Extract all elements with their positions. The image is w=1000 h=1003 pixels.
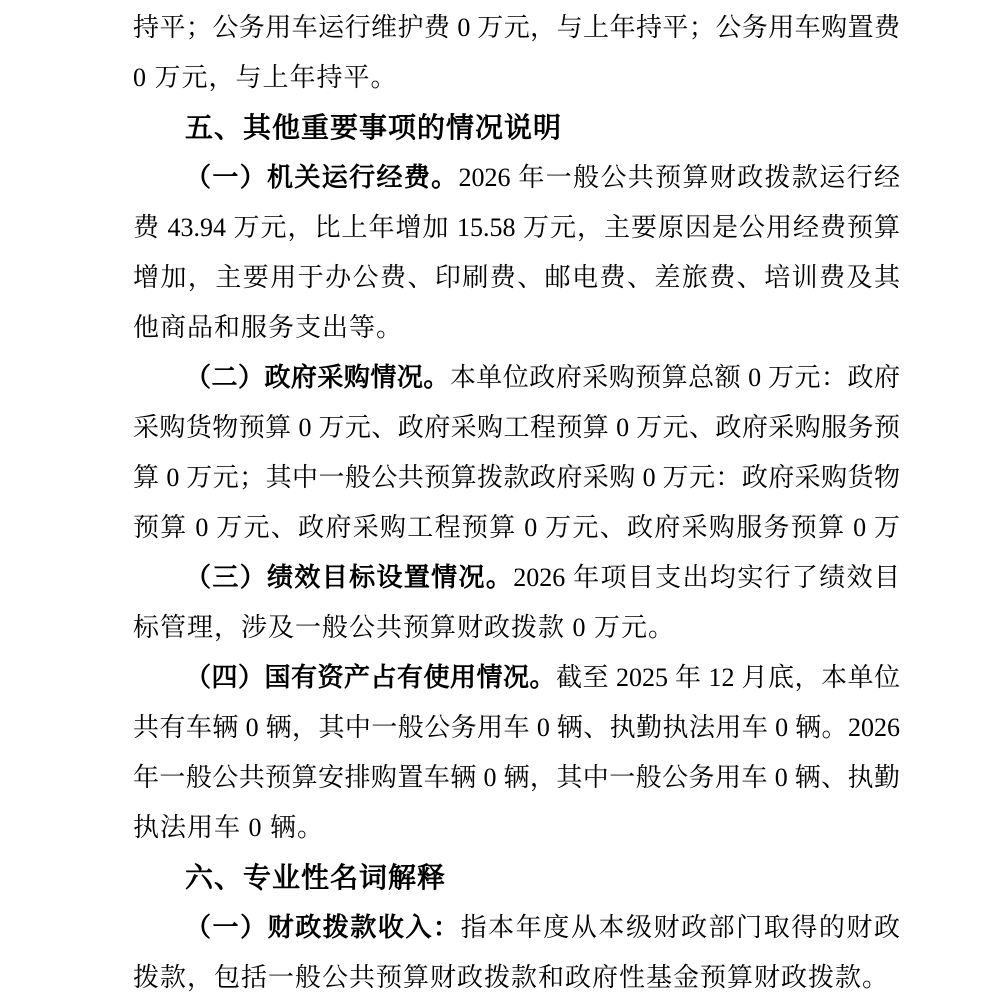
document-line: 费 43.94 万元，比上年增加 15.58 万元，主要原因是公用经费预算 xyxy=(133,203,900,253)
text-segment: 本单位政府采购预算总额 0 万元：政府 xyxy=(450,363,900,392)
text-segment: 标管理，涉及一般公共预算财政拨款 0 万元。 xyxy=(133,613,675,642)
text-segment: 0 万元，与上年持平。 xyxy=(133,63,398,92)
text-segment: 拨款，包括一般公共预算财政拨款和政府性基金预算财政拨款。 xyxy=(133,963,889,992)
text-segment: 增加，主要用于办公费、印刷费、邮电费、差旅费、培训费及其 xyxy=(133,263,900,292)
text-segment-bold: （二）政府采购情况。 xyxy=(185,363,450,392)
document-line: （一）财政拨款收入：指本年度从本级财政部门取得的财政 xyxy=(133,903,900,953)
document-line: 0 万元，与上年持平。 xyxy=(133,53,900,103)
text-segment: 2026 年一般公共预算财政拨款运行经 xyxy=(459,163,900,192)
document-line: 算 0 万元；其中一般公共预算拨款政府采购 0 万元：政府采购货物 xyxy=(133,453,900,503)
text-segment-bold: 六、专业性名词解释 xyxy=(185,862,446,893)
text-segment: 指本年度从本级财政部门取得的财政 xyxy=(461,913,900,942)
section-heading: 六、专业性名词解释 xyxy=(133,853,900,903)
document-line: 拨款，包括一般公共预算财政拨款和政府性基金预算财政拨款。 xyxy=(133,953,900,1003)
document-line: 持平；公务用车运行维护费 0 万元，与上年持平；公务用车购置费 xyxy=(133,3,900,53)
text-segment-bold: （一）机关运行经费。 xyxy=(185,163,459,192)
text-segment: 截至 2025 年 12 月底，本单位 xyxy=(556,663,900,692)
document-line: 他商品和服务支出等。 xyxy=(133,303,900,353)
text-segment: 持平；公务用车运行维护费 0 万元，与上年持平；公务用车购置费 xyxy=(133,13,900,42)
document-page: 持平；公务用车运行维护费 0 万元，与上年持平；公务用车购置费0 万元，与上年持… xyxy=(0,0,1000,1003)
text-segment: 年一般公共预算安排购置车辆 0 辆，其中一般公务用车 0 辆、执勤 xyxy=(133,763,900,792)
document-line: 增加，主要用于办公费、印刷费、邮电费、差旅费、培训费及其 xyxy=(133,253,900,303)
text-segment-bold: （四）国有资产占有使用情况。 xyxy=(185,663,556,692)
text-segment-bold: 五、其他重要事项的情况说明 xyxy=(185,112,562,143)
text-segment: 执法用车 0 辆。 xyxy=(133,813,324,842)
document-body: 持平；公务用车运行维护费 0 万元，与上年持平；公务用车购置费0 万元，与上年持… xyxy=(133,3,900,1003)
document-line: （四）国有资产占有使用情况。截至 2025 年 12 月底，本单位 xyxy=(133,653,900,703)
text-segment-bold: （三）绩效目标设置情况。 xyxy=(185,563,513,592)
document-line: 年一般公共预算安排购置车辆 0 辆，其中一般公务用车 0 辆、执勤 xyxy=(133,753,900,803)
document-line: 标管理，涉及一般公共预算财政拨款 0 万元。 xyxy=(133,603,900,653)
text-segment: 2026 年项目支出均实行了绩效目 xyxy=(513,563,900,592)
text-segment: 费 43.94 万元，比上年增加 15.58 万元，主要原因是公用经费预算 xyxy=(133,213,900,242)
text-segment: 采购货物预算 0 万元、政府采购工程预算 0 万元、政府采购服务预 xyxy=(133,413,900,442)
text-segment: 预算 0 万元、政府采购工程预算 0 万元、政府采购服务预算 0 万元。 xyxy=(133,513,900,553)
text-segment: 算 0 万元；其中一般公共预算拨款政府采购 0 万元：政府采购货物 xyxy=(133,463,900,492)
text-segment: 他商品和服务支出等。 xyxy=(133,313,403,342)
document-line: 预算 0 万元、政府采购工程预算 0 万元、政府采购服务预算 0 万元。 xyxy=(133,503,900,553)
document-line: （二）政府采购情况。本单位政府采购预算总额 0 万元：政府 xyxy=(133,353,900,403)
document-line: 采购货物预算 0 万元、政府采购工程预算 0 万元、政府采购服务预 xyxy=(133,403,900,453)
text-segment-bold: （一）财政拨款收入： xyxy=(185,913,461,942)
document-line: （三）绩效目标设置情况。2026 年项目支出均实行了绩效目 xyxy=(133,553,900,603)
text-segment: 共有车辆 0 辆，其中一般公务用车 0 辆、执勤执法用车 0 辆。2026 xyxy=(133,713,900,742)
document-line: 执法用车 0 辆。 xyxy=(133,803,900,853)
document-line: 共有车辆 0 辆，其中一般公务用车 0 辆、执勤执法用车 0 辆。2026 xyxy=(133,703,900,753)
section-heading: 五、其他重要事项的情况说明 xyxy=(133,103,900,153)
document-line: （一）机关运行经费。2026 年一般公共预算财政拨款运行经 xyxy=(133,153,900,203)
